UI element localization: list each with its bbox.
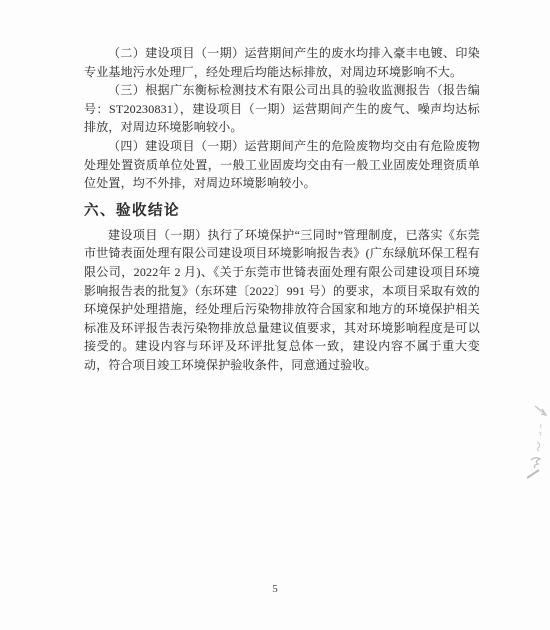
document-page: （二）建设项目（一期）运营期间产生的废水均排入豪丰电镀、印染专业基地污水处理厂，… (0, 0, 550, 630)
paragraph-item-2: （二）建设项目（一期）运营期间产生的废水均排入豪丰电镀、印染专业基地污水处理厂，… (84, 44, 480, 81)
paragraph-conclusion: 建设项目（一期）执行了环境保护“三同时”管理制度，已落实《东莞市世锜表面处理有限… (84, 226, 480, 375)
page-number: 5 (0, 583, 550, 595)
text-block: （二）建设项目（一期）运营期间产生的废水均排入豪丰电镀、印染专业基地污水处理厂，… (84, 44, 480, 375)
scan-smudge-artifact (523, 398, 549, 498)
paragraph-item-3: （三）根据广东衡标检测技术有限公司出具的验收监测报告（报告编号：ST202308… (84, 81, 480, 137)
paragraph-item-4: （四）建设项目（一期）运营期间产生的危险废物均交由有危险废物处理处置资质单位处置… (84, 137, 480, 193)
section-heading-acceptance-conclusion: 六、验收结论 (84, 201, 480, 221)
